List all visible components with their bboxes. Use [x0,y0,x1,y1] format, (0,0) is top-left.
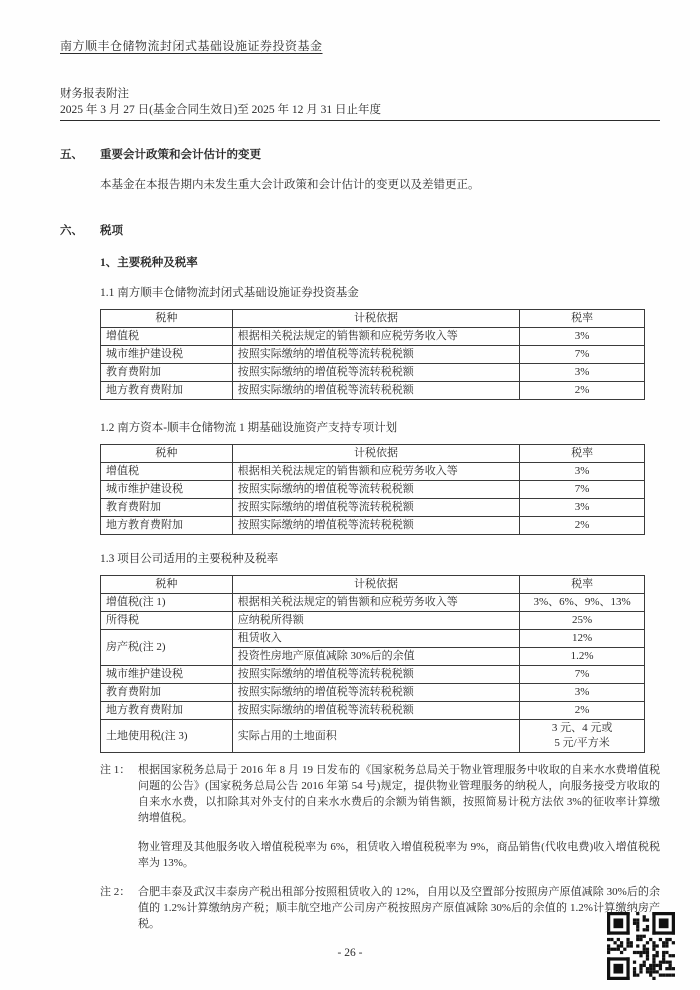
table-cell: 租赁收入 [232,630,519,648]
table-cell: 1.2% [520,648,645,666]
table-cell: 2% [520,382,645,400]
section-5-heading: 五、 重要会计政策和会计估计的变更 [60,147,660,163]
table-cell: 7% [520,666,645,684]
table-cell: 25% [520,612,645,630]
note-2-label: 注 2： [100,884,138,932]
page-number: - 26 - [0,947,700,959]
table-row: 地方教育费附加按照实际缴纳的增值税等流转税税额2% [101,702,645,720]
table-cell: 土地使用税(注 3) [101,720,233,753]
table-cell: 3 元、4 元或 5 元/平方米 [520,720,645,753]
table-row: 城市维护建设税按照实际缴纳的增值税等流转税税额7% [101,666,645,684]
table-cell: 按照实际缴纳的增值税等流转税税额 [232,364,519,382]
tax-table-abs-plan: 税种计税依据税率增值税根据相关税法规定的销售额和应税劳务收入等3%城市维护建设税… [100,444,645,535]
table-cell: 3% [520,328,645,346]
table-cell: 3% [520,364,645,382]
table-cell: 2% [520,517,645,535]
table-cell: 按照实际缴纳的增值税等流转税税额 [232,702,519,720]
table-row: 土地使用税(注 3)实际占用的土地面积3 元、4 元或 5 元/平方米 [101,720,645,753]
table-caption-1-2: 1.2 南方资本-顺丰仓储物流 1 期基础设施资产支持专项计划 [100,420,660,436]
note-1-label: 注 1： [100,762,138,826]
table-cell: 按照实际缴纳的增值税等流转税税额 [232,382,519,400]
table-cell: 城市维护建设税 [101,666,233,684]
column-header: 税率 [520,310,645,328]
table-row: 教育费附加按照实际缴纳的增值税等流转税税额3% [101,364,645,382]
table-row: 地方教育费附加按照实际缴纳的增值税等流转税税额2% [101,517,645,535]
table-caption-1-3: 1.3 项目公司适用的主要税种及税率 [100,551,660,567]
table-row: 城市维护建设税按照实际缴纳的增值税等流转税税额7% [101,481,645,499]
table-cell: 地方教育费附加 [101,517,233,535]
table-cell: 按照实际缴纳的增值税等流转税税额 [232,666,519,684]
table-row: 地方教育费附加按照实际缴纳的增值税等流转税税额2% [101,382,645,400]
table-row: 教育费附加按照实际缴纳的增值税等流转税税额3% [101,684,645,702]
table-cell: 房产税(注 2) [101,630,233,666]
table-cell: 增值税(注 1) [101,594,233,612]
table-cell: 按照实际缴纳的增值税等流转税税额 [232,346,519,364]
table-header-row: 税种计税依据税率 [101,445,645,463]
section-6-heading: 六、 税项 [60,223,660,239]
table-cell: 按照实际缴纳的增值税等流转税税额 [232,517,519,535]
table-cell: 3%、6%、9%、13% [520,594,645,612]
table-cell: 按照实际缴纳的增值税等流转税税额 [232,481,519,499]
column-header: 税种 [101,310,233,328]
table-cell: 按照实际缴纳的增值税等流转税税额 [232,684,519,702]
table-cell: 地方教育费附加 [101,382,233,400]
column-header: 税率 [520,445,645,463]
table-cell: 城市维护建设税 [101,481,233,499]
section-5-number: 五、 [60,147,100,163]
column-header: 税种 [101,445,233,463]
table-caption-1-1: 1.1 南方顺丰仓储物流封闭式基础设施证券投资基金 [100,285,660,301]
table-cell: 增值税 [101,463,233,481]
table-cell: 按照实际缴纳的增值税等流转税税额 [232,499,519,517]
section-5-body: 本基金在本报告期内未发生重大会计政策和会计估计的变更以及差错更正。 [100,177,660,193]
section-6-title: 税项 [100,223,123,239]
table-row: 所得税应纳税所得额25% [101,612,645,630]
section-5-title: 重要会计政策和会计估计的变更 [100,147,261,163]
table-cell: 根据相关税法规定的销售额和应税劳务收入等 [232,328,519,346]
table-cell: 教育费附加 [101,684,233,702]
table-cell: 教育费附加 [101,499,233,517]
table-cell: 城市维护建设税 [101,346,233,364]
table-cell: 增值税 [101,328,233,346]
table-row: 增值税(注 1)根据相关税法规定的销售额和应税劳务收入等3%、6%、9%、13% [101,594,645,612]
subsection-1-title: 1、主要税种及税率 [100,255,660,271]
table-row: 城市维护建设税按照实际缴纳的增值税等流转税税额7% [101,346,645,364]
document-page: 南方顺丰仓储物流封闭式基础设施证券投资基金 财务报表附注 2025 年 3 月 … [0,0,700,990]
table-cell: 2% [520,702,645,720]
note-1-continued: 物业管理及其他服务收入增值税税率为 6%，租赁收入增值税税率为 9%，商品销售(… [138,839,660,871]
table-cell: 根据相关税法规定的销售额和应税劳务收入等 [232,463,519,481]
report-period: 2025 年 3 月 27 日(基金合同生效日)至 2025 年 12 月 31… [60,102,660,121]
note-2: 注 2： 合肥丰泰及武汉丰泰房产税出租部分按照租赁收入的 12%，自用以及空置部… [100,884,660,932]
column-header: 税率 [520,576,645,594]
note-2-text: 合肥丰泰及武汉丰泰房产税出租部分按照租赁收入的 12%，自用以及空置部分按照房产… [138,884,660,932]
table-cell: 7% [520,346,645,364]
table-cell: 3% [520,463,645,481]
table-header-row: 税种计税依据税率 [101,310,645,328]
table-cell: 投资性房地产原值减除 30%后的余值 [232,648,519,666]
table-header-row: 税种计税依据税率 [101,576,645,594]
column-header: 计税依据 [232,310,519,328]
table-row: 房产税(注 2)租赁收入12% [101,630,645,648]
column-header: 税种 [101,576,233,594]
table-row: 增值税根据相关税法规定的销售额和应税劳务收入等3% [101,328,645,346]
table-cell: 应纳税所得额 [232,612,519,630]
column-header: 计税依据 [232,445,519,463]
table-cell: 实际占用的土地面积 [232,720,519,753]
table-cell: 所得税 [101,612,233,630]
note-1: 注 1： 根据国家税务总局于 2016 年 8 月 19 日发布的《国家税务总局… [100,762,660,826]
table-cell: 7% [520,481,645,499]
report-title: 财务报表附注 [60,86,660,102]
table-cell: 地方教育费附加 [101,702,233,720]
table-cell: 根据相关税法规定的销售额和应税劳务收入等 [232,594,519,612]
table-row: 增值税根据相关税法规定的销售额和应税劳务收入等3% [101,463,645,481]
table-cell: 3% [520,684,645,702]
table-row: 教育费附加按照实际缴纳的增值税等流转税税额3% [101,499,645,517]
page-content: 南方顺丰仓储物流封闭式基础设施证券投资基金 财务报表附注 2025 年 3 月 … [60,38,660,932]
tax-table-project-company: 税种计税依据税率增值税(注 1)根据相关税法规定的销售额和应税劳务收入等3%、6… [100,575,645,753]
table-cell: 教育费附加 [101,364,233,382]
fund-title: 南方顺丰仓储物流封闭式基础设施证券投资基金 [60,38,660,54]
note-1-text: 根据国家税务总局于 2016 年 8 月 19 日发布的《国家税务总局关于物业管… [138,762,660,826]
tax-table-fund: 税种计税依据税率增值税根据相关税法规定的销售额和应税劳务收入等3%城市维护建设税… [100,309,645,400]
table-cell: 3% [520,499,645,517]
qr-code [607,912,675,980]
section-6-number: 六、 [60,223,100,239]
table-cell: 12% [520,630,645,648]
column-header: 计税依据 [232,576,519,594]
